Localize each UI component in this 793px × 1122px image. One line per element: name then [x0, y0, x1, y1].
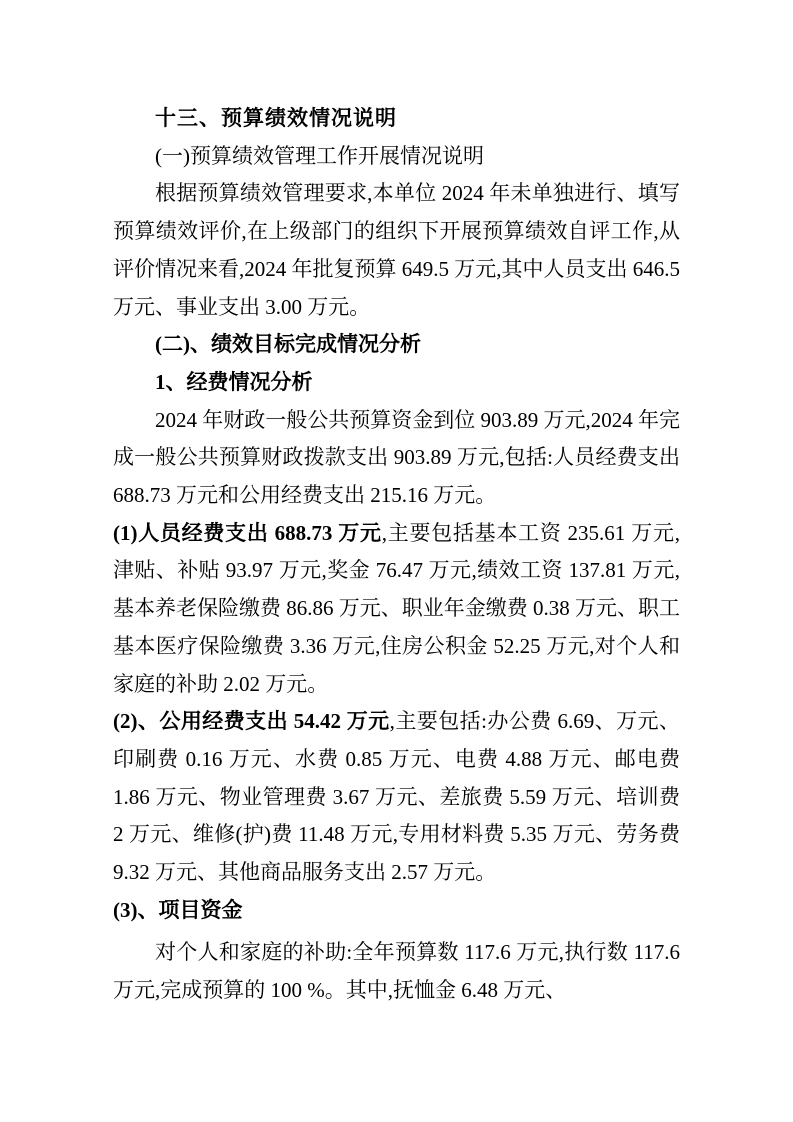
paragraph-personnel: (1)人员经费支出 688.73 万元,主要包括基本工资 235.61 万元,津…	[113, 515, 680, 704]
subsection-2-heading: (二)、绩效目标完成情况分析	[113, 326, 680, 364]
paragraph-personnel-lead: (1)人员经费支出 688.73 万元	[113, 521, 382, 545]
paragraph-project: 对个人和家庭的补助:全年预算数 117.6 万元,执行数 117.6 万元,完成…	[113, 934, 680, 1009]
section-heading: 十三、预算绩效情况说明	[113, 100, 680, 138]
paragraph-overview: 根据预算绩效管理要求,本单位 2024 年未单独进行、填写预算绩效评价,在上级部…	[113, 175, 680, 326]
subsection-1-heading: (一)预算绩效管理工作开展情况说明	[113, 138, 680, 176]
paragraph-personnel-rest: ,主要包括基本工资 235.61 万元,津贴、补贴 93.97 万元,奖金 76…	[113, 521, 680, 696]
paragraph-public-expense-rest: ,主要包括:办公费 6.69、万元、印刷费 0.16 万元、水费 0.85 万元…	[113, 709, 680, 884]
paragraph-funds: 2024 年财政一般公共预算资金到位 903.89 万元,2024 年完成一般公…	[113, 402, 680, 515]
paragraph-public-expense-lead: (2)、公用经费支出 54.42 万元	[113, 709, 390, 733]
document-page: 十三、预算绩效情况说明 (一)预算绩效管理工作开展情况说明 根据预算绩效管理要求…	[0, 0, 793, 1122]
item-3-heading: (3)、项目资金	[113, 892, 680, 930]
item-1-heading: 1、经费情况分析	[113, 364, 680, 402]
paragraph-public-expense: (2)、公用经费支出 54.42 万元,主要包括:办公费 6.69、万元、印刷费…	[113, 703, 680, 892]
